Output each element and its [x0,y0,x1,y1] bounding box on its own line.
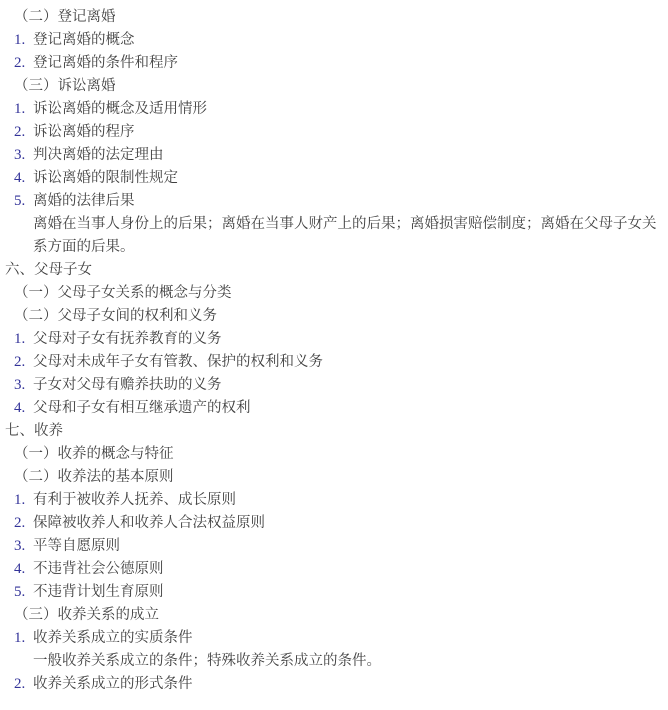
line-text: （三）诉讼离婚 [14,78,116,94]
line-text: 登记离婚的概念 [33,32,135,48]
list-number: 1. [14,98,33,121]
sub-heading: （三）收养关系的成立 [0,604,668,627]
list-item: 2.诉讼离婚的程序 [0,121,668,144]
list-item: 3.平等自愿原则 [0,535,668,558]
list-number: 2. [14,512,33,535]
outline-list: （二）登记离婚1.登记离婚的概念2.登记离婚的条件和程序（三）诉讼离婚1.诉讼离… [0,6,668,696]
line-text: 父母和子女有相互继承遗产的权利 [33,400,251,416]
list-number: 2. [14,52,33,75]
list-number: 2. [14,673,33,696]
list-item: 1.收养关系成立的实质条件 [0,627,668,650]
paragraph-line: 一般收养关系成立的条件；特殊收养关系成立的条件。 [0,650,668,673]
list-item: 1.父母对子女有抚养教育的义务 [0,328,668,351]
sub-heading: （一）父母子女关系的概念与分类 [0,282,668,305]
list-item: 1.有利于被收养人抚养、成长原则 [0,489,668,512]
document-page: （二）登记离婚1.登记离婚的概念2.登记离婚的条件和程序（三）诉讼离婚1.诉讼离… [0,0,668,710]
line-text: 六、父母子女 [5,262,92,278]
section-heading: 七、收养 [0,420,668,443]
list-item: 2.保障被收养人和收养人合法权益原则 [0,512,668,535]
list-number: 3. [14,144,33,167]
line-text: 子女对父母有赡养扶助的义务 [33,377,222,393]
line-text: （二）收养法的基本原则 [14,469,174,485]
list-number: 1. [14,328,33,351]
line-text: 不违背计划生育原则 [33,584,164,600]
line-text: 判决离婚的法定理由 [33,147,164,163]
line-text: （二）登记离婚 [14,9,116,25]
list-item: 2.登记离婚的条件和程序 [0,52,668,75]
line-text: （一）父母子女关系的概念与分类 [14,285,232,301]
sub-heading: （一）收养的概念与特征 [0,443,668,466]
line-text: 保障被收养人和收养人合法权益原则 [33,515,265,531]
list-number: 3. [14,535,33,558]
line-text: 收养关系成立的形式条件 [33,676,193,692]
sub-heading: （二）登记离婚 [0,6,668,29]
line-text: 离婚的法律后果 [33,193,135,209]
line-text: （二）父母子女间的权利和义务 [14,308,217,324]
list-item: 2.父母对未成年子女有管教、保护的权利和义务 [0,351,668,374]
list-number: 1. [14,627,33,650]
line-text: （三）收养关系的成立 [14,607,159,623]
line-text: 一般收养关系成立的条件；特殊收养关系成立的条件。 [33,653,381,669]
paragraph-line: 系方面的后果。 [0,236,668,259]
list-item: 5.不违背计划生育原则 [0,581,668,604]
list-number: 2. [14,121,33,144]
list-item: 1.诉讼离婚的概念及适用情形 [0,98,668,121]
line-text: 不违背社会公德原则 [33,561,164,577]
list-number: 1. [14,489,33,512]
sub-heading: （三）诉讼离婚 [0,75,668,98]
list-item: 3.子女对父母有赡养扶助的义务 [0,374,668,397]
list-item: 3.判决离婚的法定理由 [0,144,668,167]
line-text: 登记离婚的条件和程序 [33,55,178,71]
list-number: 4. [14,167,33,190]
list-item: 1.登记离婚的概念 [0,29,668,52]
list-number: 4. [14,397,33,420]
list-item: 4.父母和子女有相互继承遗产的权利 [0,397,668,420]
line-text: 离婚在当事人身份上的后果；离婚在当事人财产上的后果；离婚损害赔偿制度；离婚在父母… [33,216,657,232]
list-number: 2. [14,351,33,374]
line-text: 平等自愿原则 [33,538,120,554]
line-text: 父母对未成年子女有管教、保护的权利和义务 [33,354,323,370]
sub-heading: （二）父母子女间的权利和义务 [0,305,668,328]
list-number: 3. [14,374,33,397]
list-number: 4. [14,558,33,581]
sub-heading: （二）收养法的基本原则 [0,466,668,489]
line-text: 诉讼离婚的程序 [33,124,135,140]
line-text: 诉讼离婚的限制性规定 [33,170,178,186]
line-text: 收养关系成立的实质条件 [33,630,193,646]
line-text: （一）收养的概念与特征 [14,446,174,462]
line-text: 诉讼离婚的概念及适用情形 [33,101,207,117]
list-item: 2.收养关系成立的形式条件 [0,673,668,696]
section-heading: 六、父母子女 [0,259,668,282]
line-text: 父母对子女有抚养教育的义务 [33,331,222,347]
line-text: 系方面的后果。 [33,239,135,255]
list-item: 5.离婚的法律后果 [0,190,668,213]
paragraph-line: 离婚在当事人身份上的后果；离婚在当事人财产上的后果；离婚损害赔偿制度；离婚在父母… [0,213,668,236]
list-number: 5. [14,190,33,213]
line-text: 七、收养 [5,423,63,439]
list-item: 4.诉讼离婚的限制性规定 [0,167,668,190]
line-text: 有利于被收养人抚养、成长原则 [33,492,236,508]
list-number: 1. [14,29,33,52]
list-item: 4.不违背社会公德原则 [0,558,668,581]
list-number: 5. [14,581,33,604]
